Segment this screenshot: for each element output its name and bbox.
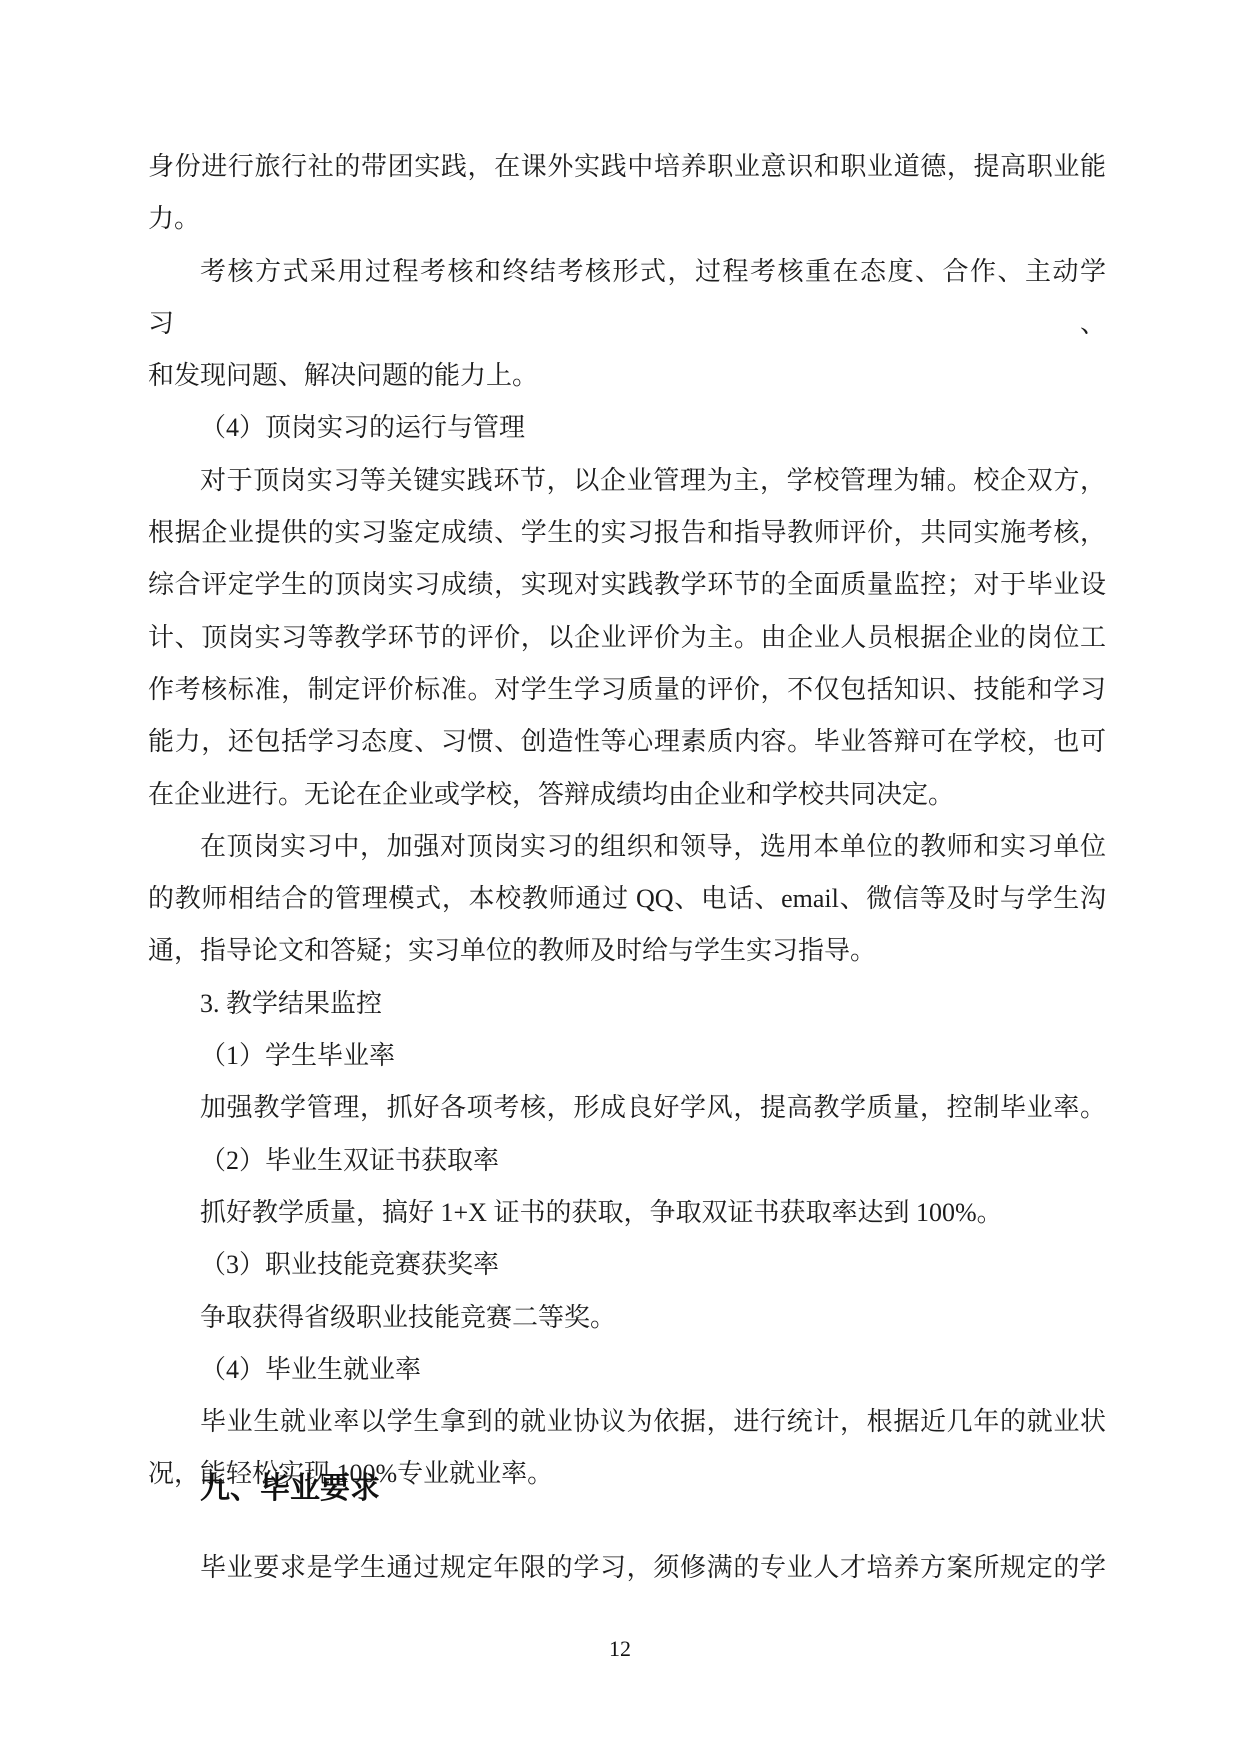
text-line: 通，指导论文和答疑；实习单位的教师及时给与学生实习指导。 [148, 925, 1106, 977]
text-line: 在顶岗实习中，加强对顶岗实习的组织和领导，选用本单位的教师和实习单位 [148, 821, 1106, 873]
text-line: （4）顶岗实习的运行与管理 [148, 402, 1106, 454]
text-line: 对于顶岗实习等关键实践环节，以企业管理为主，学校管理为辅。校企双方， [148, 455, 1106, 507]
text-line: 计、顶岗实习等教学环节的评价，以企业评价为主。由企业人员根据企业的岗位工 [148, 612, 1106, 664]
text-line: 的教师相结合的管理模式，本校教师通过 QQ、电话、email、微信等及时与学生沟 [148, 873, 1106, 925]
text-line: 加强教学管理，抓好各项考核，形成良好学风，提高教学质量，控制毕业率。 [148, 1082, 1106, 1134]
closing-paragraph-line: 毕业要求是学生通过规定年限的学习，须修满的专业人才培养方案所规定的学 [148, 1542, 1106, 1594]
text-line: （3）职业技能竞赛获奖率 [148, 1239, 1106, 1291]
body-text: 身份进行旅行社的带团实践，在课外实践中培养职业意识和职业道德，提高职业能 力。 … [148, 141, 1106, 1501]
page-number: 12 [0, 1636, 1240, 1662]
text-line: 作考核标准，制定评价标准。对学生学习质量的评价，不仅包括知识、技能和学习 [148, 664, 1106, 716]
document-page: 身份进行旅行社的带团实践，在课外实践中培养职业意识和职业道德，提高职业能 力。 … [0, 0, 1240, 1754]
text-line: 在企业进行。无论在企业或学校，答辩成绩均由企业和学校共同决定。 [148, 769, 1106, 821]
text-line: （4）毕业生就业率 [148, 1344, 1106, 1396]
text-line: 综合评定学生的顶岗实习成绩，实现对实践教学环节的全面质量监控；对于毕业设 [148, 559, 1106, 611]
text-line: 力。 [148, 193, 1106, 245]
text-line: 根据企业提供的实习鉴定成绩、学生的实习报告和指导教师评价，共同实施考核， [148, 507, 1106, 559]
text-line: 3. 教学结果监控 [148, 978, 1106, 1030]
text-line: 能力，还包括学习态度、习惯、创造性等心理素质内容。毕业答辩可在学校，也可 [148, 716, 1106, 768]
text-line: 考核方式采用过程考核和终结考核形式，过程考核重在态度、合作、主动学习、 [148, 246, 1106, 351]
section-heading: 九、毕业要求 [148, 1467, 1106, 1511]
text-line: 毕业生就业率以学生拿到的就业协议为依据，进行统计，根据近几年的就业状 [148, 1396, 1106, 1448]
text-line: 争取获得省级职业技能竞赛二等奖。 [148, 1292, 1106, 1344]
text-line: 身份进行旅行社的带团实践，在课外实践中培养职业意识和职业道德，提高职业能 [148, 141, 1106, 193]
text-line: 抓好教学质量，搞好 1+X 证书的获取，争取双证书获取率达到 100%。 [148, 1187, 1106, 1239]
text-line: （1）学生毕业率 [148, 1030, 1106, 1082]
text-line: 和发现问题、解决问题的能力上。 [148, 350, 1106, 402]
text-line: （2）毕业生双证书获取率 [148, 1135, 1106, 1187]
